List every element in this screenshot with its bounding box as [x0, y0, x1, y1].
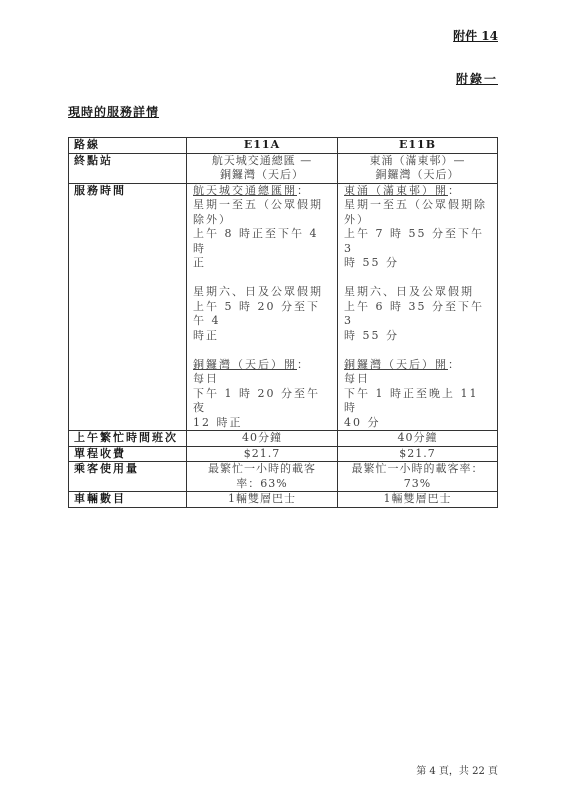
page-number: 第 4 頁，共 22 頁 — [416, 762, 498, 777]
colon: ： — [297, 184, 310, 197]
row-label-patronage: 乘客使用量 — [69, 462, 187, 492]
e11b-weekday-days-1: 星期一至五（公眾假期除 — [344, 198, 492, 213]
patronage-e11b-line1: 最繁忙一小時的載客率： — [343, 462, 492, 477]
table-row-patronage: 乘客使用量 最繁忙一小時的載客 率：63% 最繁忙一小時的載客率： 73% — [69, 462, 498, 492]
table-header-row: 路線 E11A E11B — [69, 138, 498, 154]
e11a-weekday-days-1: 星期一至五（公眾假期 — [193, 198, 332, 213]
e11a-daily-hours-1: 下午 1 時 20 分至午夜 — [193, 387, 332, 416]
service-hours-e11a: 航天城交通總匯開： 星期一至五（公眾假期 除外） 上午 8 時正至下午 4 時 … — [187, 183, 338, 431]
e11b-weekday-days-2: 外） — [344, 213, 492, 228]
peak-frequency-e11b: 40分鐘 — [338, 431, 498, 447]
table-row-vehicles: 車輛數目 1輛雙層巴士 1輛雙層巴士 — [69, 492, 498, 508]
e11a-weekday-days-2: 除外） — [193, 213, 332, 228]
e11b-weekend-days: 星期六、日及公眾假期 — [344, 285, 492, 300]
patronage-e11a-line2: 率：63% — [192, 477, 332, 492]
fare-e11a: $21.7 — [187, 446, 338, 462]
row-label-fare: 單程收費 — [69, 446, 187, 462]
terminus-e11b-line2: 銅鑼灣（天后） — [343, 168, 492, 183]
terminus-e11b-line1: 東涌（滿東邨）— — [343, 154, 492, 169]
e11b-weekend-hours-1: 上午 6 時 35 分至下午 3 — [344, 300, 492, 329]
appendix-label: 附錄一 — [456, 70, 498, 87]
patronage-e11b: 最繁忙一小時的載客率： 73% — [338, 462, 498, 492]
row-label-vehicles: 車輛數目 — [69, 492, 187, 508]
terminus-e11a: 航天城交通總匯 — 銅鑼灣（天后） — [187, 153, 338, 183]
e11b-daily-hours-1: 下午 1 時正至晚上 11 時 — [344, 387, 492, 416]
table-row-peak-frequency: 上午繁忙時間班次 40分鐘 40分鐘 — [69, 431, 498, 447]
terminus-e11a-line1: 航天城交通總匯 — — [192, 154, 332, 169]
e11a-weekend-days: 星期六、日及公眾假期 — [193, 285, 332, 300]
terminus-e11b: 東涌（滿東邨）— 銅鑼灣（天后） — [338, 153, 498, 183]
service-details-table: 路線 E11A E11B 終點站 航天城交通總匯 — 銅鑼灣（天后） 東涌（滿東… — [68, 137, 498, 508]
colon: ： — [448, 358, 461, 371]
patronage-e11a-line1: 最繁忙一小時的載客 — [192, 462, 332, 477]
e11a-weekend-hours-2: 時正 — [193, 329, 332, 344]
table-row-service-hours: 服務時間 航天城交通總匯開： 星期一至五（公眾假期 除外） 上午 8 時正至下午… — [69, 183, 498, 431]
e11b-weekend-hours-2: 時 55 分 — [344, 329, 492, 344]
terminus-e11a-line2: 銅鑼灣（天后） — [192, 168, 332, 183]
table-row-terminus: 終點站 航天城交通總匯 — 銅鑼灣（天后） 東涌（滿東邨）— 銅鑼灣（天后） — [69, 153, 498, 183]
header-route: 路線 — [69, 138, 187, 154]
fare-e11b: $21.7 — [338, 446, 498, 462]
e11a-daily-hours-2: 12 時正 — [193, 416, 332, 431]
e11b-weekday-hours-1: 上午 7 時 55 分至下午 3 — [344, 227, 492, 256]
row-label-peak-frequency: 上午繁忙時間班次 — [69, 431, 187, 447]
row-label-terminus: 終點站 — [69, 153, 187, 183]
e11b-weekday-hours-2: 時 55 分 — [344, 256, 492, 271]
e11a-origin-2: 銅鑼灣（天后）開 — [193, 358, 297, 371]
colon: ： — [297, 358, 310, 371]
e11b-daily-hours-2: 40 分 — [344, 416, 492, 431]
header-e11b: E11B — [338, 138, 498, 154]
e11a-weekend-hours-1: 上午 5 時 20 分至下午 4 — [193, 300, 332, 329]
section-title: 現時的服務詳情 — [68, 103, 159, 120]
e11b-daily: 每日 — [344, 372, 492, 387]
colon: ： — [448, 184, 461, 197]
row-label-service-hours: 服務時間 — [69, 183, 187, 431]
service-hours-e11b: 東涌（滿東邨）開： 星期一至五（公眾假期除 外） 上午 7 時 55 分至下午 … — [338, 183, 498, 431]
patronage-e11a: 最繁忙一小時的載客 率：63% — [187, 462, 338, 492]
e11b-origin-2: 銅鑼灣（天后）開 — [344, 358, 448, 371]
e11a-weekday-hours-2: 正 — [193, 256, 332, 271]
vehicles-e11b: 1輛雙層巴士 — [338, 492, 498, 508]
e11a-weekday-hours-1: 上午 8 時正至下午 4 時 — [193, 227, 332, 256]
peak-frequency-e11a: 40分鐘 — [187, 431, 338, 447]
patronage-e11b-line2: 73% — [343, 477, 492, 492]
e11a-daily: 每日 — [193, 372, 332, 387]
annex-number: 附件 14 — [453, 27, 498, 44]
e11a-origin-1: 航天城交通總匯開 — [193, 184, 297, 197]
header-e11a: E11A — [187, 138, 338, 154]
table-row-fare: 單程收費 $21.7 $21.7 — [69, 446, 498, 462]
e11b-origin-1: 東涌（滿東邨）開 — [344, 184, 448, 197]
vehicles-e11a: 1輛雙層巴士 — [187, 492, 338, 508]
